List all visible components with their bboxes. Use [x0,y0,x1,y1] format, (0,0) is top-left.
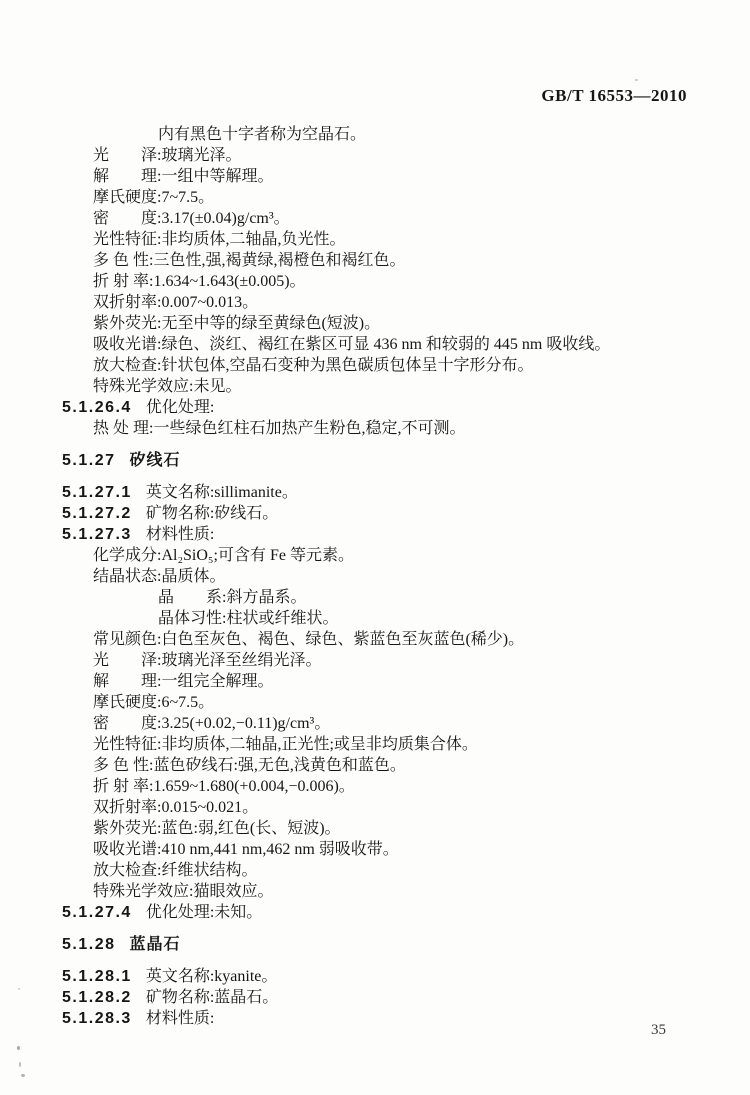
property-line: 光 泽:玻璃光泽。 [62,145,730,166]
line-text: 紫外荧光:无至中等的绿至黄绿色(短波)。 [93,315,380,332]
scanned-standard-page: GB/T 16553—2010 内有黑色十字者称为空晶石。光 泽:玻璃光泽。解 … [0,0,750,1095]
clause-heading-line: 5.1.27.4优化处理:未知。 [62,902,730,923]
property-line: 常见颜色:白色至灰色、褐色、绿色、紫蓝色至灰蓝色(稀少)。 [62,629,730,650]
property-line: 密 度:3.17(±0.04)g/cm³。 [62,208,730,229]
clause-number: 5.1.27.3 [62,526,132,543]
line-text: 折 射 率:1.659~1.680(+0.004,−0.006)。 [93,778,355,795]
line-text: 晶 系:斜方晶系。 [158,589,306,606]
property-line: 解 理:一组完全解理。 [62,671,730,692]
line-text: 吸收光谱:绿色、淡红、褐红在紫区可显 436 nm 和较弱的 445 nm 吸收… [93,336,610,353]
document-body: 内有黑色十字者称为空晶石。光 泽:玻璃光泽。解 理:一组中等解理。摩氏硬度:7~… [62,124,730,1029]
line-text: 结晶状态:晶质体。 [93,568,225,585]
line-text: 双折射率:0.015~0.021。 [93,799,258,816]
line-text: 英文名称:sillimanite。 [146,484,298,501]
scan-artifact [635,79,638,81]
clause-heading-line: 5.1.27.3材料性质: [62,524,730,545]
line-text: 光 泽:玻璃光泽至丝绢光泽。 [93,652,321,669]
line-text: 多 色 性:蓝色矽线石:强,无色,浅黄色和蓝色。 [93,757,406,774]
property-line: 多 色 性:蓝色矽线石:强,无色,浅黄色和蓝色。 [62,755,730,776]
clause-number: 5.1.27.2 [62,505,132,522]
scan-artifact [21,1074,25,1077]
line-text: 特殊光学效应:未见。 [93,378,241,395]
line-text: 矿物名称:矽线石。 [146,505,278,522]
line-text: 光性特征:非均质体,二轴晶,负光性。 [93,231,345,248]
clause-heading-line: 5.1.28.2矿物名称:蓝晶石。 [62,987,730,1008]
property-line: 光性特征:非均质体,二轴晶,负光性。 [62,229,730,250]
line-text: 摩氏硬度:7~7.5。 [93,189,214,206]
clause-number: 5.1.27.4 [62,904,132,921]
property-line: 放大检查:纤维状结构。 [62,860,730,881]
line-text: 紫外荧光:蓝色:弱,红色(长、短波)。 [93,820,341,837]
property-line: 放大检查:针状包体,空晶石变种为黑色碳质包体呈十字形分布。 [62,355,730,376]
line-text: 晶体习性:柱状或纤维状。 [158,610,338,627]
line-text: 密 度:3.25(+0.02,−0.11)g/cm³。 [93,715,330,732]
clause-number: 5.1.28.1 [62,968,132,985]
clause-heading-line: 5.1.26.4优化处理: [62,397,730,418]
clause-number: 5.1.26.4 [62,399,132,416]
line-text: 光 泽:玻璃光泽。 [93,147,241,164]
property-line: 折 射 率:1.659~1.680(+0.004,−0.006)。 [62,776,730,797]
line-text: 吸收光谱:410 nm,441 nm,462 nm 弱吸收带。 [93,841,399,858]
property-line: 吸收光谱:410 nm,441 nm,462 nm 弱吸收带。 [62,839,730,860]
line-text: 化学成分:Al₂SiO₅;可含有 Fe 等元素。 [93,547,354,564]
clause-number: 5.1.27.1 [62,484,132,501]
property-line: 双折射率:0.007~0.013。 [62,292,730,313]
standard-number-header: GB/T 16553—2010 [0,86,687,106]
property-line: 折 射 率:1.634~1.643(±0.005)。 [62,271,730,292]
continuation-line: 内有黑色十字者称为空晶石。 [62,124,730,145]
property-line: 密 度:3.25(+0.02,−0.11)g/cm³。 [62,713,730,734]
property-line: 光 泽:玻璃光泽至丝绢光泽。 [62,650,730,671]
line-text: 密 度:3.17(±0.04)g/cm³。 [93,210,290,227]
property-line: 紫外荧光:蓝色:弱,红色(长、短波)。 [62,818,730,839]
clause-number: 5.1.28.2 [62,989,132,1006]
property-line: 热 处 理:一些绿色红柱石加热产生粉色,稳定,不可测。 [62,418,730,439]
line-text: 放大检查:纤维状结构。 [93,862,257,879]
clause-heading-line: 5.1.27.2矿物名称:矽线石。 [62,503,730,524]
line-text: 多 色 性:三色性,强,褐黄绿,褐橙色和褐红色。 [93,252,405,269]
property-line: 特殊光学效应:未见。 [62,376,730,397]
property-line: 吸收光谱:绿色、淡红、褐红在紫区可显 436 nm 和较弱的 445 nm 吸收… [62,334,730,355]
scan-artifact [17,1046,20,1050]
property-line: 多 色 性:三色性,强,褐黄绿,褐橙色和褐红色。 [62,250,730,271]
line-text: 材料性质: [146,1010,214,1027]
clause-heading-line: 5.1.27.1英文名称:sillimanite。 [62,482,730,503]
line-text: 特殊光学效应:猫眼效应。 [93,883,273,900]
property-line: 摩氏硬度:7~7.5。 [62,187,730,208]
line-text: 摩氏硬度:6~7.5。 [93,694,214,711]
scan-artifact [18,988,20,990]
sub-property-line: 晶 系:斜方晶系。 [62,587,730,608]
line-text: 常见颜色:白色至灰色、褐色、绿色、紫蓝色至灰蓝色(稀少)。 [93,631,524,648]
clause-heading-line: 5.1.28.1英文名称:kyanite。 [62,966,730,987]
property-line: 特殊光学效应:猫眼效应。 [62,881,730,902]
line-text: 矿物名称:蓝晶石。 [146,989,278,1006]
section-number: 5.1.27 [62,452,115,469]
clause-heading-line: 5.1.28.3材料性质: [62,1008,730,1029]
line-text: 矽线石 [129,452,180,469]
line-text: 英文名称:kyanite。 [146,968,278,985]
property-line: 双折射率:0.015~0.021。 [62,797,730,818]
page-number: 35 [651,1022,666,1039]
line-text: 放大检查:针状包体,空晶石变种为黑色碳质包体呈十字形分布。 [93,357,533,374]
property-line: 光性特征:非均质体,二轴晶,正光性;或呈非均质集合体。 [62,734,730,755]
property-line: 结晶状态:晶质体。 [62,566,730,587]
line-text: 解 理:一组完全解理。 [93,673,273,690]
line-text: 内有黑色十字者称为空晶石。 [158,126,366,143]
section-heading-line: 5.1.28蓝晶石 [62,934,730,955]
line-text: 解 理:一组中等解理。 [93,168,273,185]
line-text: 光性特征:非均质体,二轴晶,正光性;或呈非均质集合体。 [93,736,478,753]
property-line: 摩氏硬度:6~7.5。 [62,692,730,713]
property-line: 紫外荧光:无至中等的绿至黄绿色(短波)。 [62,313,730,334]
section-heading-line: 5.1.27矽线石 [62,450,730,471]
line-text: 材料性质: [146,526,214,543]
property-line: 解 理:一组中等解理。 [62,166,730,187]
clause-number: 5.1.28.3 [62,1010,132,1027]
line-text: 热 处 理:一些绿色红柱石加热产生粉色,稳定,不可测。 [93,420,465,437]
sub-property-line: 晶体习性:柱状或纤维状。 [62,608,730,629]
line-text: 蓝晶石 [129,936,180,953]
line-text: 优化处理: [146,399,214,416]
line-text: 双折射率:0.007~0.013。 [93,294,258,311]
scan-artifact [19,1062,21,1067]
section-number: 5.1.28 [62,936,115,953]
line-text: 优化处理:未知。 [146,904,262,921]
line-text: 折 射 率:1.634~1.643(±0.005)。 [93,273,306,290]
property-line: 化学成分:Al₂SiO₅;可含有 Fe 等元素。 [62,545,730,566]
